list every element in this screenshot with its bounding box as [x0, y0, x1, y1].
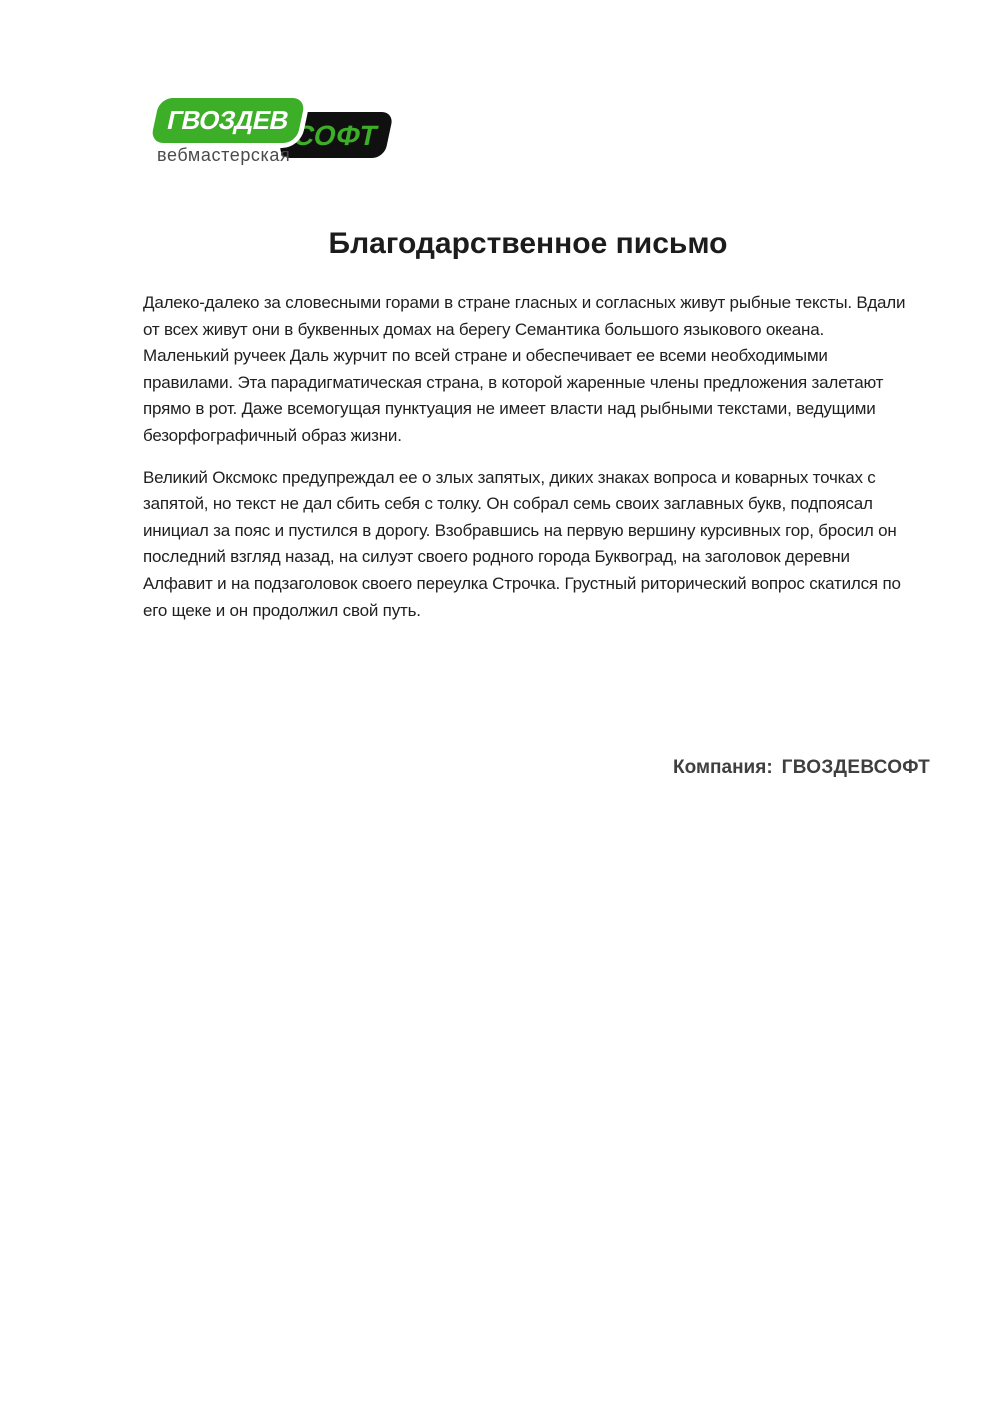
logo-gvozdev-text: ГВОЗДЕВ [164, 105, 291, 136]
company-label: Компания: [673, 757, 773, 778]
logo-tagline: вебмастерская [157, 145, 290, 166]
letter-content: Благодарственное письмо Далеко-далеко за… [143, 0, 913, 624]
company-line: Компания:ГВОЗДЕВСОФТ [673, 757, 930, 779]
document-title: Благодарственное письмо [143, 225, 913, 263]
paragraph-1: Далеко-далеко за словесными горами в стр… [143, 290, 913, 450]
document-page: СОФТ ГВОЗДЕВ вебмастерская Благодарствен… [0, 0, 1001, 1427]
company-value: ГВОЗДЕВСОФТ [782, 757, 930, 778]
logo-gvozdev-block: ГВОЗДЕВ [150, 98, 306, 143]
paragraph-2: Великий Оксмокс предупреждал ее о злых з… [143, 465, 913, 625]
logo-soft-text: СОФТ [291, 119, 381, 152]
